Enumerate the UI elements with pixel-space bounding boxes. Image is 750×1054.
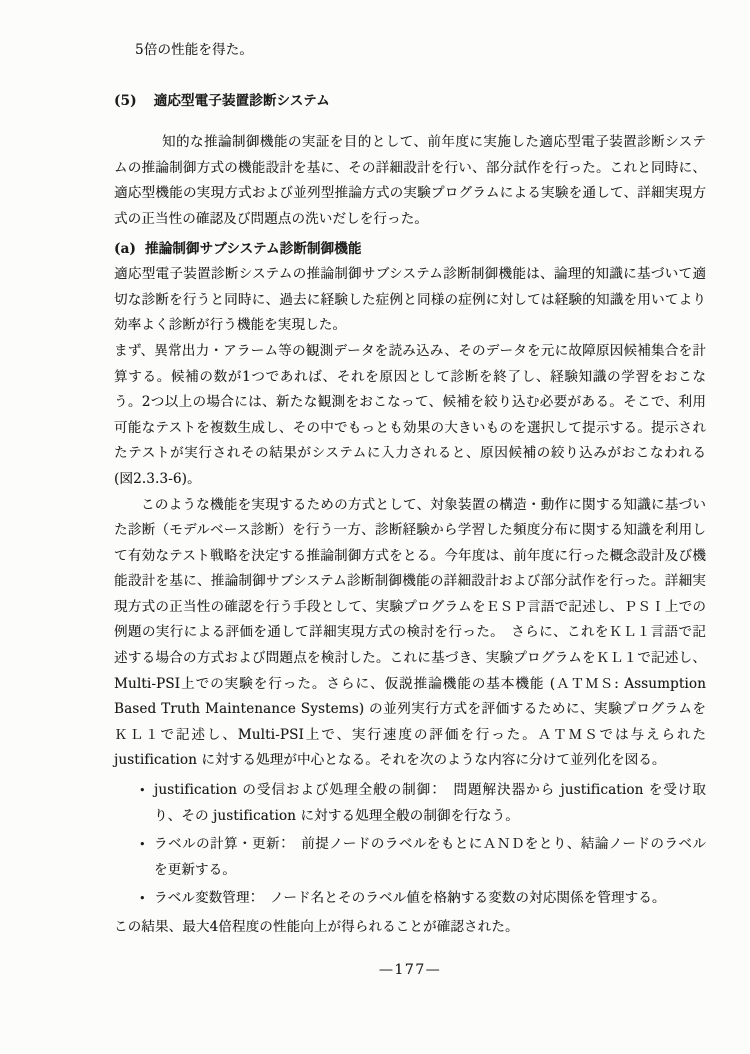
paragraph-observation-flow: まず、異常出力・アラーム等の観測データを読み込み、そのデータを元に故障原因候補集… — [114, 339, 706, 493]
carryover-line: 5倍の性能を得た。 — [135, 38, 706, 64]
bullet-text-label-update: ラベルの計算・更新： 前提ノードのラベルをもとにＡＮＤをとり、結論ノードのラベル… — [154, 836, 706, 878]
intro-paragraph: 知的な推論制御機能の実証を目的として、前年度に実施した適応型電子装置診断システム… — [114, 130, 706, 232]
list-item: •justification の受信および処理全般の制御： 問題解決器から ju… — [154, 778, 706, 829]
page-number: —177— — [114, 962, 706, 978]
bullet-text-label-variable: ラベル変数管理： ノード名とそのラベル値を格納する変数の対応関係を管理する。 — [154, 890, 666, 906]
subsection-number: (a) — [114, 241, 136, 257]
list-item: •ラベル変数管理： ノード名とそのラベル値を格納する変数の対応関係を管理する。 — [154, 886, 706, 912]
bullet-icon: • — [139, 886, 146, 912]
paragraph-implementation: このような機能を実現するための方式として、対象装置の構造・動作に関する知識に基づ… — [114, 493, 706, 775]
section-heading: (5)適応型電子装置診断システム — [114, 89, 706, 115]
scanned-report-page: 5倍の性能を得た。 (5)適応型電子装置診断システム 知的な推論制御機能の実証を… — [0, 0, 750, 1054]
list-item: •ラベルの計算・更新： 前提ノードのラベルをもとにＡＮＤをとり、結論ノードのラベ… — [154, 832, 706, 883]
section-title: 適応型電子装置診断システム — [154, 93, 330, 109]
closing-line: この結果、最大4倍程度の性能向上が得られることが確認された。 — [114, 915, 706, 941]
parallelization-bullet-list: •justification の受信および処理全般の制御： 問題解決器から ju… — [114, 778, 706, 912]
paragraph-diagnosis-function: 適応型電子装置診断システムの推論制御サブシステム診断制御機能は、論理的知識に基づ… — [114, 262, 706, 339]
page-body: 5倍の性能を得た。 (5)適応型電子装置診断システム 知的な推論制御機能の実証を… — [114, 38, 706, 941]
bullet-icon: • — [139, 832, 146, 858]
subsection-title: 推論制御サブシステム診断制御機能 — [145, 241, 362, 257]
bullet-text-justification-control: justification の受信および処理全般の制御： 問題解決器から jus… — [154, 782, 706, 824]
bullet-icon: • — [139, 778, 146, 804]
section-number: (5) — [114, 93, 137, 109]
subsection-heading: (a)推論制御サブシステム診断制御機能 — [114, 237, 706, 263]
